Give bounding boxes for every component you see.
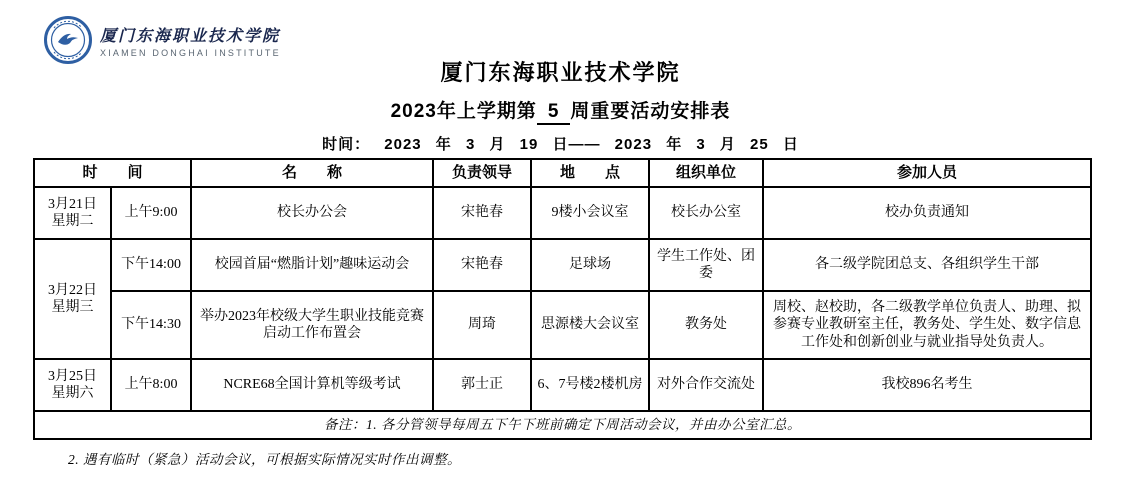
date-text: 3月22日: [39, 282, 106, 300]
time-cell: 上午9:00: [111, 187, 191, 239]
week-number: 5: [537, 101, 571, 125]
date-cell: 3月25日 星期六: [34, 359, 111, 411]
leader-cell: 宋艳春: [433, 239, 531, 291]
date-range: 时间： 2023 年 3 月 19 日—— 2023 年 3 月 25 日: [0, 133, 1121, 154]
time-cell: 下午14:30: [111, 291, 191, 359]
header-org: 组织单位: [649, 159, 763, 187]
leader-cell: 宋艳春: [433, 187, 531, 239]
org-cell: 学生工作处、团委: [649, 239, 763, 291]
place-cell: 足球场: [531, 239, 649, 291]
participants-cell: 我校896名考生: [763, 359, 1091, 411]
table-row: 3月25日 星期六 上午8:00 NCRE68全国计算机等级考试 郭士正 6、7…: [34, 359, 1091, 411]
time-cell: 下午14:00: [111, 239, 191, 291]
weekday-text: 星期二: [39, 213, 106, 231]
leader-cell: 郭士正: [433, 359, 531, 411]
event-name-cell: NCRE68全国计算机等级考试: [191, 359, 433, 411]
org-cell: 校长办公室: [649, 187, 763, 239]
weekday-text: 星期三: [39, 299, 106, 317]
page-subtitle: 2023年上学期第5周重要活动安排表: [0, 96, 1121, 125]
header-place: 地 点: [531, 159, 649, 187]
time-cell: 上午8:00: [111, 359, 191, 411]
document-page: 厦门东海职业技术学院 XIAMEN DONGHAI INSTITUTE 厦门东海…: [0, 0, 1121, 502]
weekday-text: 星期六: [39, 385, 106, 403]
table-row: 3月21日 星期二 上午9:00 校长办公会 宋艳春 9楼小会议室 校长办公室 …: [34, 187, 1091, 239]
leader-cell: 周琦: [433, 291, 531, 359]
date-text: 3月21日: [39, 196, 106, 214]
header-row: 时 间 名 称 负责领导 地 点 组织单位 参加人员: [34, 159, 1091, 187]
participants-cell: 各二级学院团总支、各组织学生干部: [763, 239, 1091, 291]
school-name-cn: 厦门东海职业技术学院: [100, 23, 281, 46]
subtitle-prefix: 2023年上学期第: [391, 101, 537, 122]
event-name-cell: 校长办公会: [191, 187, 433, 239]
header-time: 时 间: [34, 159, 191, 187]
date-text: 3月25日: [39, 368, 106, 386]
event-name-cell: 举办2023年校级大学生职业技能竞赛启动工作布置会: [191, 291, 433, 359]
org-cell: 对外合作交流处: [649, 359, 763, 411]
date-cell: 3月21日 星期二: [34, 187, 111, 239]
event-name-cell: 校园首届“燃脂计划”趣味运动会: [191, 239, 433, 291]
header-name: 名 称: [191, 159, 433, 187]
schedule-table: 时 间 名 称 负责领导 地 点 组织单位 参加人员 3月21日 星期二 上午9…: [33, 158, 1092, 440]
org-cell: 教务处: [649, 291, 763, 359]
table-note-1: 备注：1. 各分管领导每周五下午下班前确定下周活动会议，并由办公室汇总。: [34, 411, 1091, 439]
header-leader: 负责领导: [433, 159, 531, 187]
table-row: 3月22日 星期三 下午14:00 校园首届“燃脂计划”趣味运动会 宋艳春 足球…: [34, 239, 1091, 291]
note-2: 2. 遇有临时（紧急）活动会议，可根据实际情况实时作出调整。: [68, 448, 461, 468]
table-row: 下午14:30 举办2023年校级大学生职业技能竞赛启动工作布置会 周琦 思源楼…: [34, 291, 1091, 359]
participants-cell: 校办负责通知: [763, 187, 1091, 239]
place-cell: 思源楼大会议室: [531, 291, 649, 359]
participants-cell: 周校、赵校助，各二级教学单位负责人、助理、拟参赛专业教研室主任，教务处、学生处、…: [763, 291, 1091, 359]
date-cell: 3月22日 星期三: [34, 239, 111, 359]
header-participants: 参加人员: [763, 159, 1091, 187]
school-logo-text: 厦门东海职业技术学院 XIAMEN DONGHAI INSTITUTE: [100, 23, 281, 58]
note-row: 备注：1. 各分管领导每周五下午下班前确定下周活动会议，并由办公室汇总。: [34, 411, 1091, 439]
page-title: 厦门东海职业技术学院: [0, 56, 1121, 87]
place-cell: 6、7号楼2楼机房: [531, 359, 649, 411]
place-cell: 9楼小会议室: [531, 187, 649, 239]
subtitle-suffix: 周重要活动安排表: [570, 101, 730, 122]
